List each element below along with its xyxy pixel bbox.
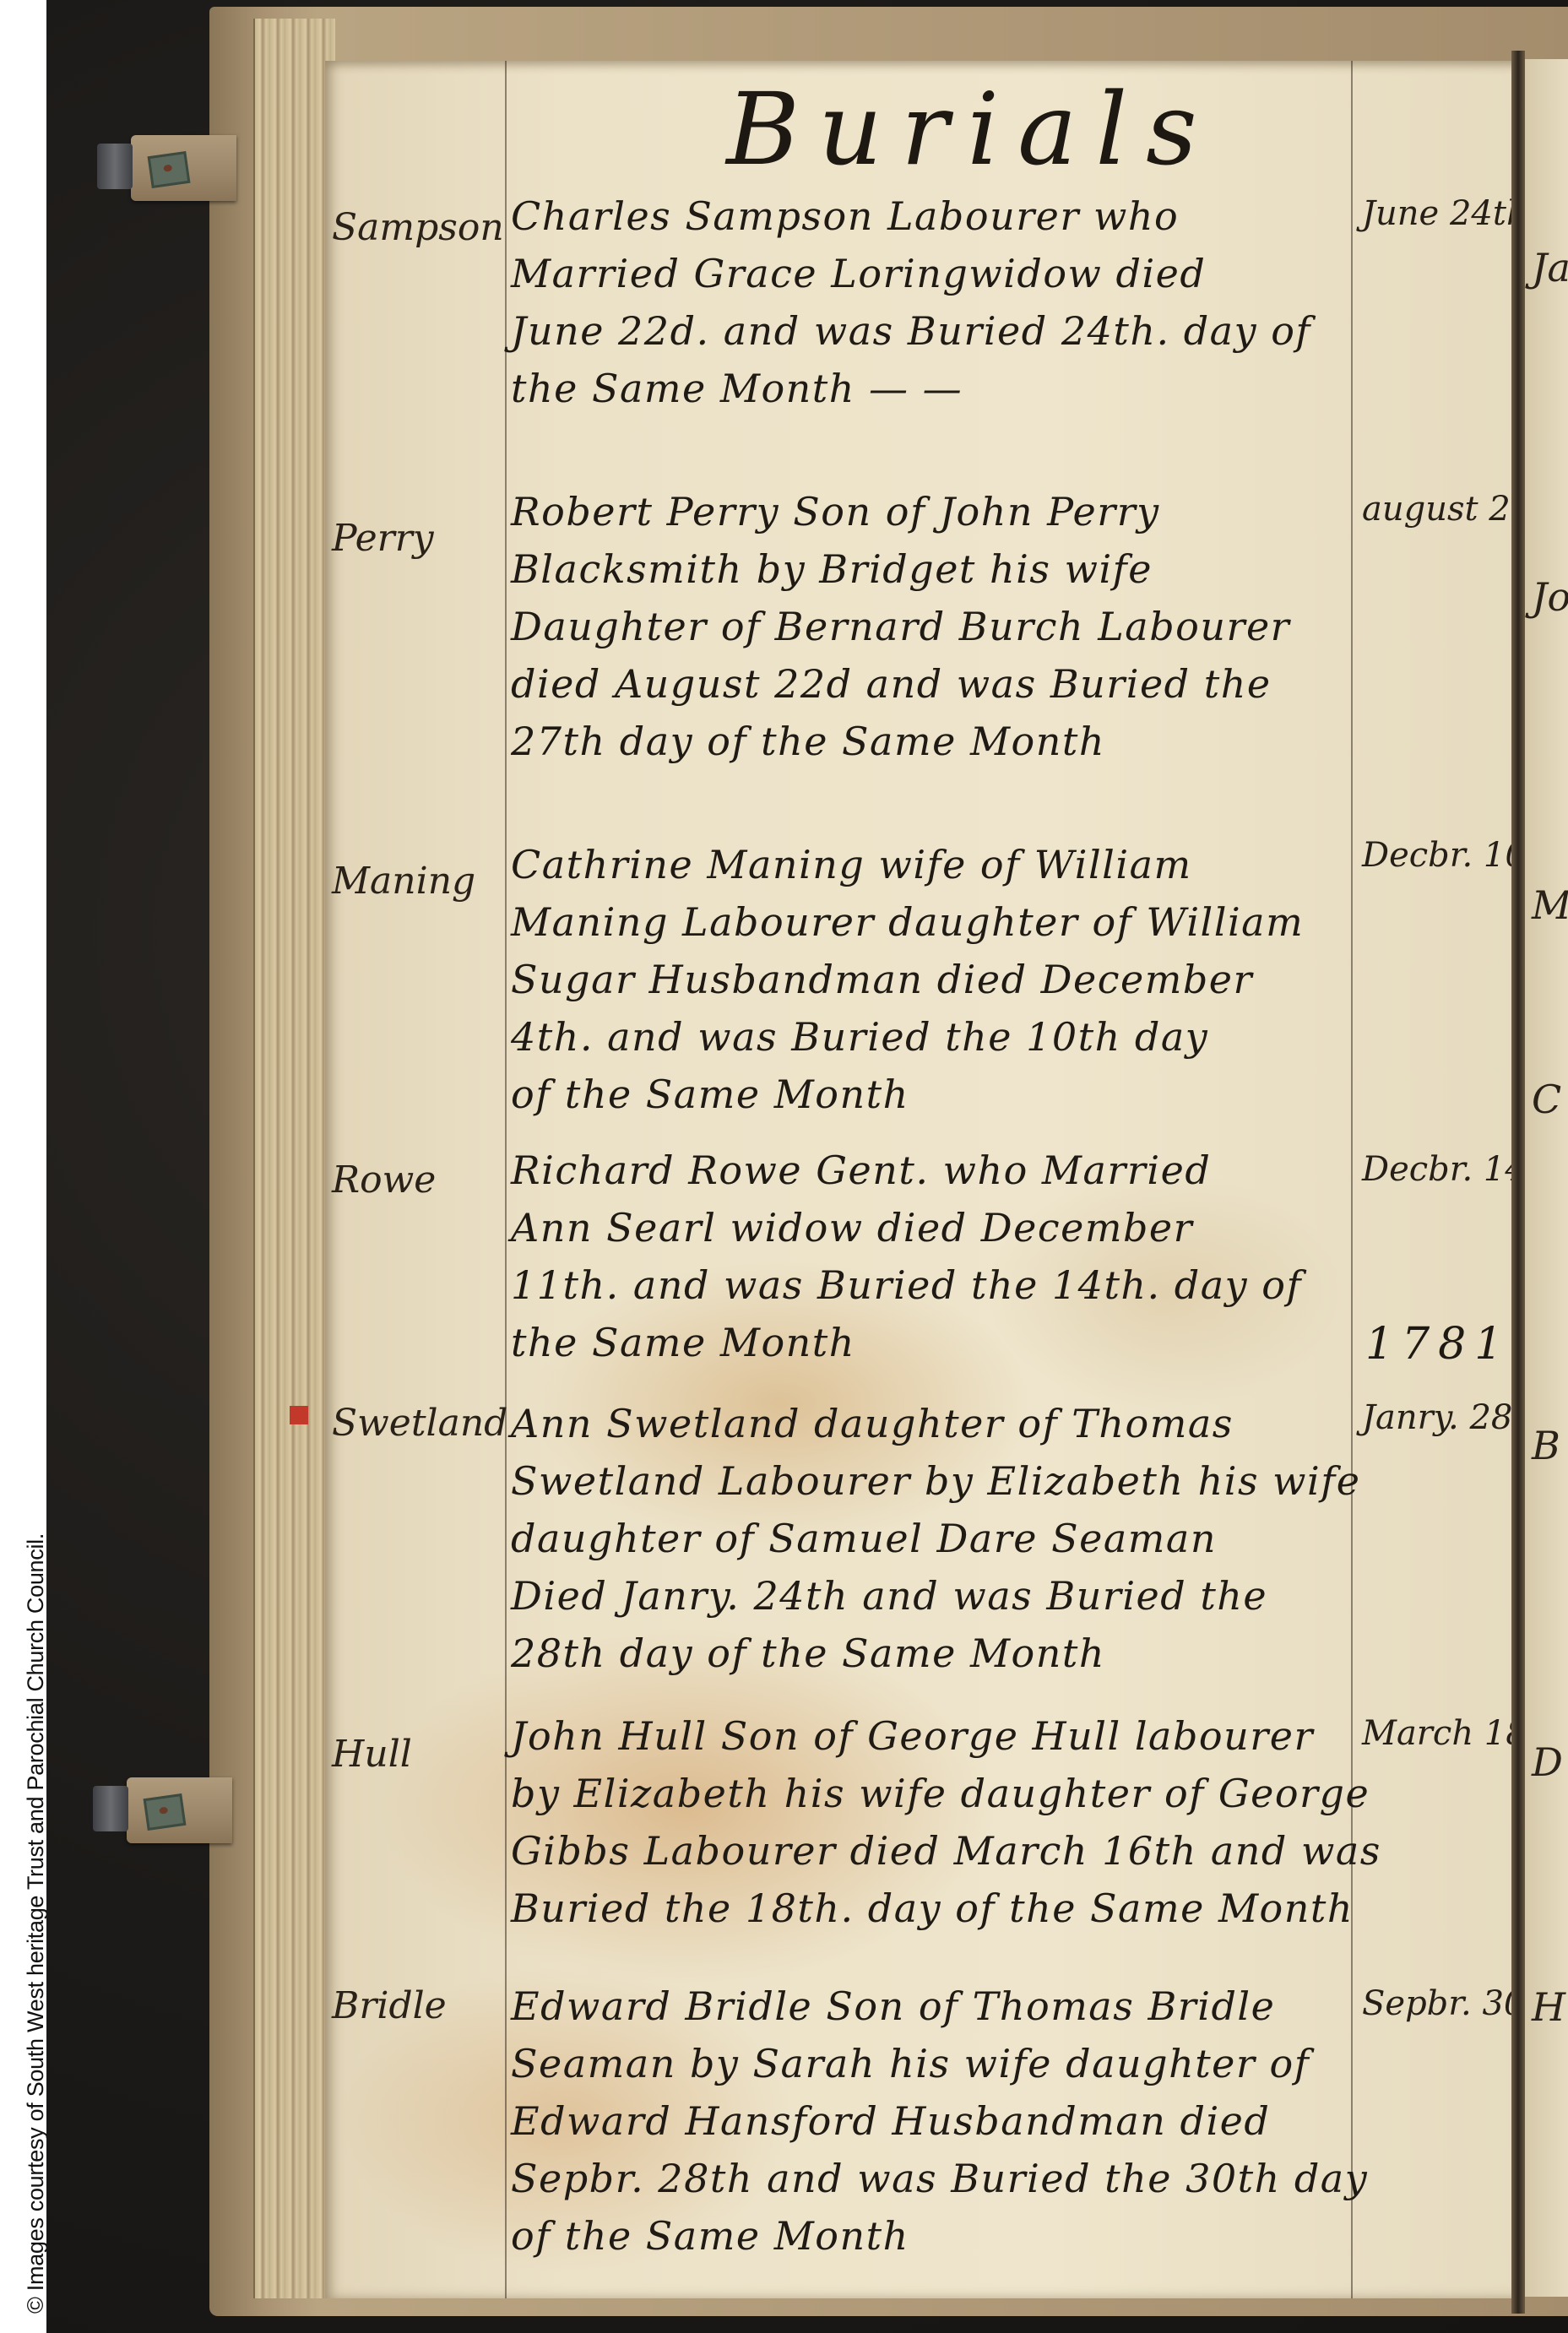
- burial-date: august 27th: [1362, 490, 1522, 529]
- clasp-plate-icon: [148, 151, 191, 188]
- entry-line: died August 22d and was Buried the: [511, 655, 1355, 713]
- facing-page-initial: D: [1532, 1739, 1563, 1785]
- entry-line: Sugar Husbandman died December: [511, 951, 1355, 1008]
- burial-date: Sepbr. 30th: [1362, 1984, 1522, 2023]
- entry-line: Daughter of Bernard Burch Labourer: [511, 598, 1355, 655]
- entry-surname: Hull: [332, 1733, 505, 1776]
- facing-page-initial: Ma: [1532, 882, 1568, 928]
- entry-line: the Same Month: [511, 1314, 1355, 1371]
- facing-page-initial: Jo: [1532, 574, 1568, 620]
- entry-text: John Hull Son of George Hull labourer by…: [511, 1707, 1355, 1937]
- entry-text: Cathrine Maning wife of William Maning L…: [511, 836, 1355, 1123]
- entry-line: Charles Sampson Labourer who: [511, 187, 1355, 245]
- entry-text: Richard Rowe Gent. who Married Ann Searl…: [511, 1142, 1355, 1371]
- burial-date: Decbr. 10th: [1362, 836, 1522, 875]
- clasp-hook-icon: [97, 144, 133, 189]
- entry-line: Maning Labourer daughter of William: [511, 893, 1355, 951]
- entry-line: by Elizabeth his wife daughter of George: [511, 1765, 1355, 1822]
- entry-surname: Sampson: [332, 206, 505, 249]
- entry-line: Ann Searl widow died December: [511, 1199, 1355, 1256]
- upper-clasp: [131, 135, 236, 201]
- entry-line: 11th. and was Buried the 14th. day of: [511, 1256, 1355, 1314]
- facing-page-initial: C: [1532, 1077, 1561, 1122]
- entry-line: Ann Swetland daughter of Thomas: [511, 1395, 1355, 1452]
- entry-line: 4th. and was Buried the 10th day: [511, 1008, 1355, 1066]
- entry-line: 28th day of the Same Month: [511, 1625, 1355, 1682]
- entry-line: of the Same Month: [511, 2207, 1355, 2265]
- burial-date: March 18th: [1362, 1714, 1522, 1753]
- facing-page-edge: Ja Jo Ma C B D H: [1525, 59, 1568, 2297]
- entry-line: Sepbr. 28th and was Buried the 30th day: [511, 2150, 1355, 2207]
- entry-text: Robert Perry Son of John Perry Blacksmit…: [511, 483, 1355, 770]
- year-marker: 1781: [1365, 1319, 1511, 1370]
- page-edges: [253, 19, 335, 2298]
- burial-date: Janry. 28th: [1362, 1398, 1522, 1437]
- entry-line: Blacksmith by Bridget his wife: [511, 540, 1355, 598]
- credit-strip: © Images courtesy of South West heritage…: [0, 0, 46, 2333]
- entry-text: Ann Swetland daughter of Thomas Swetland…: [511, 1395, 1355, 1682]
- entry-line: Buried the 18th. day of the Same Month: [511, 1880, 1355, 1937]
- entry-surname: Perry: [332, 517, 505, 560]
- entry-line: the Same Month — —: [511, 360, 1355, 417]
- entry-line: Edward Hansford Husbandman died: [511, 2092, 1355, 2150]
- entry-line: Robert Perry Son of John Perry: [511, 483, 1355, 540]
- entry-text: Edward Bridle Son of Thomas Bridle Seama…: [511, 1978, 1355, 2265]
- entry-line: Edward Bridle Son of Thomas Bridle: [511, 1978, 1355, 2035]
- clasp-hook-icon: [93, 1786, 128, 1831]
- entry-surname: Swetland: [332, 1402, 505, 1445]
- clasp-plate-icon: [144, 1793, 187, 1831]
- entry-line: 27th day of the Same Month: [511, 713, 1355, 770]
- copyright-credit: © Images courtesy of South West heritage…: [23, 1533, 49, 2314]
- burial-date: Decbr. 14th: [1362, 1150, 1522, 1189]
- margin-rule: [505, 61, 507, 2298]
- entry-line: Died Janry. 24th and was Buried the: [511, 1567, 1355, 1625]
- lower-clasp: [127, 1777, 232, 1843]
- burial-date: June 24th: [1362, 194, 1522, 233]
- entry-line: June 22d. and was Buried 24th. day of: [511, 302, 1355, 360]
- entry-line: Richard Rowe Gent. who Married: [511, 1142, 1355, 1199]
- entry-surname: Maning: [332, 860, 505, 903]
- book-gutter: [1511, 51, 1525, 2314]
- facing-page-initial: B: [1532, 1423, 1560, 1468]
- register-page: Burials Sampson Charles Sampson Labourer…: [325, 61, 1524, 2298]
- entry-surname: Rowe: [332, 1158, 505, 1202]
- entry-line: John Hull Son of George Hull labourer: [511, 1707, 1355, 1765]
- entry-line: Seaman by Sarah his wife daughter of: [511, 2035, 1355, 2092]
- entry-surname: Bridle: [332, 1984, 505, 2027]
- page-title: Burials: [325, 71, 1524, 187]
- facing-page-initial: Ja: [1532, 245, 1568, 290]
- entry-line: Cathrine Maning wife of William: [511, 836, 1355, 893]
- entry-line: Married Grace Loringwidow died: [511, 245, 1355, 302]
- entry-line: Swetland Labourer by Elizabeth his wife: [511, 1452, 1355, 1510]
- red-marker-tab: [290, 1406, 308, 1424]
- entry-line: Gibbs Labourer died March 16th and was: [511, 1822, 1355, 1880]
- facing-page-initial: H: [1532, 1984, 1565, 2030]
- entry-line: daughter of Samuel Dare Seaman: [511, 1510, 1355, 1567]
- entry-text: Charles Sampson Labourer who Married Gra…: [511, 187, 1355, 417]
- entry-line: of the Same Month: [511, 1066, 1355, 1123]
